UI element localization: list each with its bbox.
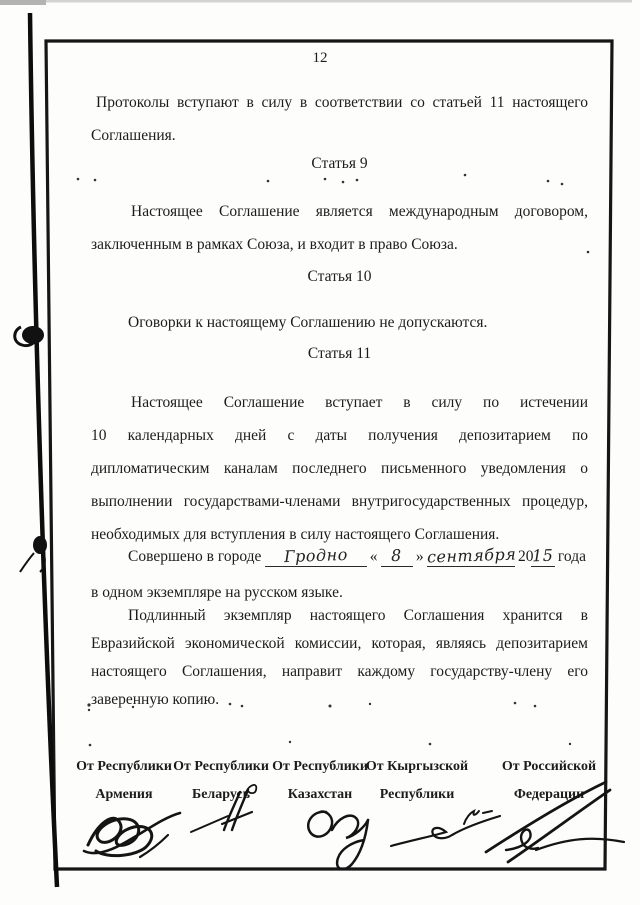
signatory-label-line: От Республики xyxy=(72,753,176,781)
scan-smudge xyxy=(0,0,46,5)
execution-prefix: Совершено в городе xyxy=(128,548,261,566)
text-line: настоящего Соглашения, направит каждому … xyxy=(91,658,588,686)
signature-armenia xyxy=(80,793,185,868)
text-line: Настоящее Соглашение вступает в силу по … xyxy=(91,386,588,419)
text-line: заключенным в рамках Союза, и входит в п… xyxy=(91,228,588,261)
signature-kazakhstan xyxy=(296,790,391,875)
signatory-label-line: От Республики xyxy=(169,753,273,781)
text-line: Евразийской экономической комиссии, кото… xyxy=(91,630,588,658)
signatory-label-line: От Кыргызской xyxy=(363,753,471,781)
paragraph-depositary: Подлинный экземпляр настоящего Соглашени… xyxy=(91,602,588,714)
text-line: Протоколы вступают в силу в соответствии… xyxy=(91,86,588,119)
binding-seal-marks xyxy=(15,326,47,572)
text-line: выполнении государствами-членами внутриг… xyxy=(91,485,588,518)
article-9-heading: Статья 9 xyxy=(91,155,618,173)
page-number: 12 xyxy=(284,50,356,67)
month-blank: сентября xyxy=(427,546,515,567)
handwritten-year: 15 xyxy=(532,546,554,566)
handwritten-city: Гродно xyxy=(283,545,347,566)
signature-russia xyxy=(478,780,630,872)
close-quote: » xyxy=(416,548,424,566)
signature-belarus xyxy=(188,780,273,850)
handwritten-month: сентября xyxy=(427,544,517,566)
open-quote: « xyxy=(370,548,378,566)
text-line: 10 календарных дней с даты получения деп… xyxy=(91,419,588,452)
year-blank: 15 xyxy=(531,546,555,567)
signatory-label-line: От Российской xyxy=(494,753,604,781)
day-blank: 8 xyxy=(381,546,413,567)
city-blank: Гродно xyxy=(265,546,367,567)
binding-edge-line xyxy=(30,13,57,887)
scan-edge-line xyxy=(46,0,632,3)
paragraph-article-9: Настоящее Соглашение является международ… xyxy=(91,195,588,261)
signatory-label-line: От Республики xyxy=(268,753,372,781)
text-line: заверенную копию. xyxy=(91,686,588,714)
text-line: Подлинный экземпляр настоящего Соглашени… xyxy=(91,602,588,630)
execution-line: Совершено в городе Гродно « 8 » сентября… xyxy=(128,546,586,567)
text-line: дипломатическим каналам последнего письм… xyxy=(91,452,588,485)
text-line: Оговорки к настоящему Соглашению не допу… xyxy=(91,306,588,339)
paragraph-article-10: Оговорки к настоящему Соглашению не допу… xyxy=(91,306,588,339)
text-line: Настоящее Соглашение является международ… xyxy=(91,195,588,228)
article-10-heading: Статья 10 xyxy=(91,268,618,286)
article-11-heading: Статья 11 xyxy=(91,345,618,363)
text-line: Соглашения. xyxy=(91,119,588,152)
year-word: года xyxy=(558,548,586,566)
scanned-document-page: 12 Протоколы вступают в силу в соответст… xyxy=(0,0,640,905)
paragraph-article-11: Настоящее Соглашение вступает в силу по … xyxy=(91,386,588,551)
handwritten-day: 8 xyxy=(391,546,402,565)
paragraph-protocols: Протоколы вступают в силу в соответствии… xyxy=(91,86,588,152)
